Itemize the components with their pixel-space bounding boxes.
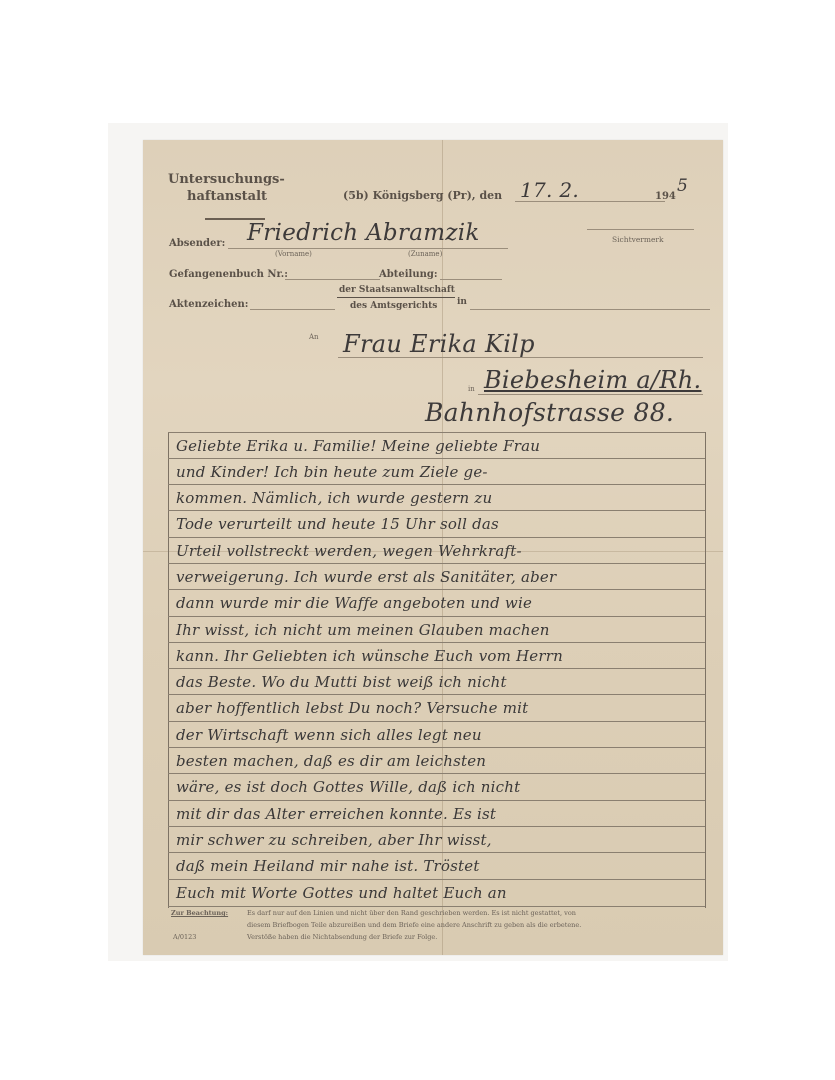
ruled-line xyxy=(168,826,705,827)
body-line: daß mein Heiland mir nahe ist. Tröstet xyxy=(176,857,480,875)
year-handwritten: 5 xyxy=(677,176,688,196)
ruled-line xyxy=(168,458,705,459)
ruled-line xyxy=(168,616,705,617)
sender-name-handwritten: Friedrich Abramzik xyxy=(247,220,480,246)
ruled-line xyxy=(168,537,705,538)
recipient-city-rule xyxy=(478,394,703,395)
authority-divider xyxy=(337,297,455,298)
file-ref-rule xyxy=(250,309,335,310)
ruled-line xyxy=(168,563,705,564)
footer-note-line3: Verstöße haben die Nichtabsendung der Br… xyxy=(247,933,437,941)
department-label: Abteilung: xyxy=(379,269,438,280)
first-name-caption: (Vorname) xyxy=(275,250,312,258)
ruled-line xyxy=(168,432,705,433)
footer-note-line2: diesem Briefbogen Teile abzureißen und d… xyxy=(247,921,581,929)
body-line: Urteil vollstreckt werden, wegen Wehrkra… xyxy=(176,542,522,560)
department-rule xyxy=(440,279,502,280)
body-line: dann wurde mir die Waffe angeboten und w… xyxy=(176,594,532,612)
date-rule xyxy=(515,201,665,202)
form-number: A/0123 xyxy=(173,933,196,941)
prisoner-book-label: Gefangenenbuch Nr.: xyxy=(169,269,288,280)
recipient-name-rule xyxy=(338,357,703,358)
date-handwritten: 17. 2. xyxy=(520,178,579,202)
ruled-line xyxy=(168,747,705,748)
to-label: An xyxy=(309,333,319,341)
ruled-line xyxy=(168,694,705,695)
body-line: besten machen, daß es dir am leichsten xyxy=(176,752,486,770)
ruled-line xyxy=(168,721,705,722)
ruled-line xyxy=(168,589,705,590)
body-line: Tode verurteilt und heute 15 Uhr soll da… xyxy=(176,515,499,533)
footer-note-line1: Es darf nur auf den Linien und nicht übe… xyxy=(247,909,576,917)
body-line: Geliebte Erika u. Familie! Meine geliebt… xyxy=(176,437,540,455)
recipient-city-handwritten: Biebesheim a/Rh. xyxy=(484,366,701,394)
inspection-label: Sichtvermerk xyxy=(612,235,664,244)
ruled-line xyxy=(168,800,705,801)
body-line: mir schwer zu schreiben, aber Ihr wisst, xyxy=(176,831,492,849)
ruled-line xyxy=(168,668,705,669)
inspection-rule xyxy=(587,229,694,230)
ruled-line xyxy=(168,484,705,485)
institution-line1: Untersuchungs- xyxy=(168,172,285,187)
body-line: kommen. Nämlich, ich wurde gestern zu xyxy=(176,489,492,507)
footer-note-label: Zur Beachtung: xyxy=(171,909,228,917)
ruled-line xyxy=(168,642,705,643)
body-line: aber hoffentlich lebst Du noch? Versuche… xyxy=(176,699,528,717)
body-line: der Wirtschaft wenn sich alles legt neu xyxy=(176,726,482,744)
ruled-line xyxy=(168,773,705,774)
ruled-line xyxy=(168,852,705,853)
recipient-name-handwritten: Frau Erika Kilp xyxy=(343,330,535,358)
recipient-street-handwritten: Bahnhofstrasse 88. xyxy=(425,398,674,427)
authority-in: in xyxy=(457,297,467,307)
ruled-line xyxy=(168,879,705,880)
body-line: und Kinder! Ich bin heute zum Ziele ge- xyxy=(176,463,488,481)
ruled-line xyxy=(168,906,705,907)
ruled-line xyxy=(168,510,705,511)
body-line: verweigerung. Ich wurde erst als Sanität… xyxy=(176,568,556,586)
sender-label: Absender: xyxy=(169,238,225,249)
prisoner-book-rule xyxy=(285,279,380,280)
file-ref-label: Aktenzeichen: xyxy=(169,299,248,310)
last-name-caption: (Zuname) xyxy=(408,250,442,258)
body-line: das Beste. Wo du Mutti bist weiß ich nic… xyxy=(176,673,507,691)
sender-rule xyxy=(228,248,508,249)
body-line: kann. Ihr Geliebten ich wünsche Euch vom… xyxy=(176,647,563,665)
authority-bottom: des Amtsgerichts xyxy=(350,301,437,311)
body-line: Ihr wisst, ich nicht um meinen Glauben m… xyxy=(176,621,550,639)
authority-rule xyxy=(470,309,710,310)
institution-line2: haftanstalt xyxy=(187,189,267,204)
year-printed: 194 xyxy=(655,191,676,202)
body-line: Euch mit Worte Gottes und haltet Euch an xyxy=(176,884,507,902)
authority-top: der Staatsanwaltschaft xyxy=(339,285,455,295)
body-line: wäre, es ist doch Gottes Wille, daß ich … xyxy=(176,778,520,796)
body-line: mit dir das Alter erreichen konnte. Es i… xyxy=(176,805,496,823)
in-label: in xyxy=(468,385,475,393)
place-prefix: (5b) Königsberg (Pr), den xyxy=(343,189,502,202)
